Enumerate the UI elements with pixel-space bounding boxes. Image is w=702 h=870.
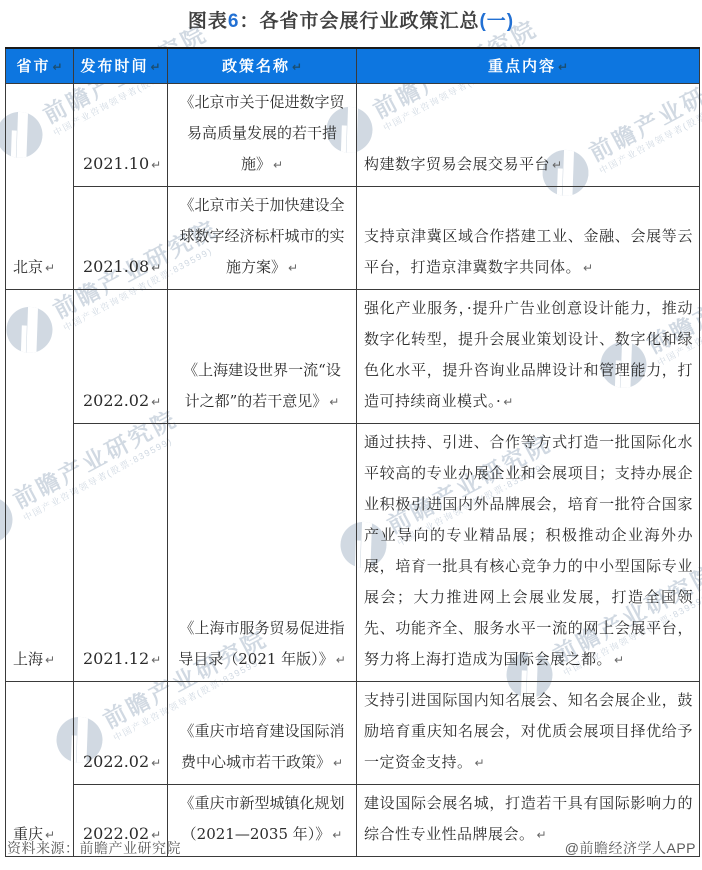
paragraph-mark: ↵ <box>151 653 161 667</box>
key-content-cell: 构建数字贸易会展交易平台↵ <box>357 83 700 186</box>
province-cell-shanghai: 上海↵ <box>6 289 74 681</box>
paragraph-mark: ↵ <box>475 756 485 770</box>
policy-name-cell: 《北京市关于加快建设全 球数字经济标杆城市的实 施方案》↵ <box>168 186 357 289</box>
paragraph-mark: ↵ <box>151 756 161 770</box>
title-colon: ： <box>239 11 259 32</box>
source-note: 资料来源：前瞻产业研究院 <box>7 838 181 858</box>
date-cell: 2021.10↵ <box>74 83 168 186</box>
table-header-row: 省市↵ 发布时间↵ 政策名称↵ 重点内容↵ <box>6 48 700 83</box>
column-header-date: 发布时间↵ <box>74 48 168 83</box>
table-row: 上海↵ 2022.02↵ 《上海建设世界一流“设 计之都”的若干意见》↵ 强化产… <box>6 289 700 423</box>
table-row: 重庆↵ 2022.02↵ 《重庆市培育建设国际消 费中心城市若干政策》↵ 支持引… <box>6 681 700 784</box>
column-header-province: 省市↵ <box>6 48 74 83</box>
paragraph-mark: ↵ <box>45 261 55 275</box>
policy-name-cell: 《上海市服务贸易促进指 导目录（2021 年版）》↵ <box>168 423 357 681</box>
date-cell: 2021.08↵ <box>74 186 168 289</box>
policy-name-cell: 《北京市关于促进数字贸 易高质量发展的若干措 施》↵ <box>168 83 357 186</box>
table-row: 北京↵ 2021.10↵ 《北京市关于促进数字贸 易高质量发展的若干措 施》↵ … <box>6 83 700 186</box>
column-header-content: 重点内容↵ <box>357 48 700 83</box>
credit-note: @前瞻经济学人APP <box>565 838 696 858</box>
key-content-cell: 强化产业服务，·提升广告业创意设计能力，推动数字化转型，提升会展业策划设计、数字… <box>357 289 700 423</box>
paragraph-mark: ↵ <box>151 261 161 275</box>
paragraph-mark: ↵ <box>273 158 283 172</box>
province-cell-beijing: 北京↵ <box>6 83 74 289</box>
paragraph-mark: ↵ <box>614 653 624 667</box>
date-cell: 2022.02↵ <box>74 289 168 423</box>
paragraph-mark: ↵ <box>583 261 593 275</box>
paragraph-mark: ↵ <box>52 60 62 74</box>
paragraph-mark: ↵ <box>150 60 160 74</box>
key-content-cell: 支持引进国际国内知名展会、知名会展企业，鼓励培育重庆知名展会，对优质会展项目择优… <box>357 681 700 784</box>
paragraph-mark: ↵ <box>329 395 339 409</box>
policy-name-cell: 《上海建设世界一流“设 计之都”的若干意见》↵ <box>168 289 357 423</box>
date-cell: 2022.02↵ <box>74 681 168 784</box>
key-content-cell: 通过扶持、引进、合作等方式打造一批国际化水平较高的专业办展企业和会展项目；支持办… <box>357 423 700 681</box>
paragraph-mark: ↵ <box>292 60 302 74</box>
page-title: 图表6：各省市会展行业政策汇总(一) <box>0 6 702 33</box>
paragraph-mark: ↵ <box>45 653 55 667</box>
paragraph-mark: ↵ <box>151 158 161 172</box>
table-row: 2021.12↵ 《上海市服务贸易促进指 导目录（2021 年版）》↵ 通过扶持… <box>6 423 700 681</box>
report-page: 前瞻产业研究院 中国产业咨询领导者(股票:839599) 前瞻产业研究院 中国产… <box>0 0 702 870</box>
paragraph-mark: ↵ <box>558 60 568 74</box>
title-suffix: (一) <box>479 11 514 32</box>
paragraph-mark: ↵ <box>552 158 562 172</box>
paragraph-mark: ↵ <box>288 261 298 275</box>
paragraph-mark: ↵ <box>336 653 346 667</box>
paragraph-mark: ↵ <box>333 756 343 770</box>
table-row: 2021.08↵ 《北京市关于加快建设全 球数字经济标杆城市的实 施方案》↵ 支… <box>6 186 700 289</box>
policy-name-cell: 《重庆市培育建设国际消 费中心城市若干政策》↵ <box>168 681 357 784</box>
title-text: 各省市会展行业政策汇总 <box>259 11 479 32</box>
date-cell: 2021.12↵ <box>74 423 168 681</box>
province-cell-chongqing: 重庆↵ <box>6 681 74 856</box>
key-content-cell: 支持京津冀区域合作搭建工业、金融、会展等云平台，打造京津冀数字共同体。↵ <box>357 186 700 289</box>
paragraph-mark: ↵ <box>503 395 513 409</box>
column-header-policy: 政策名称↵ <box>168 48 357 83</box>
paragraph-mark: ↵ <box>151 395 161 409</box>
policy-table: 省市↵ 发布时间↵ 政策名称↵ 重点内容↵ 北京↵ 2021.10↵ 《北京市关… <box>5 47 700 857</box>
title-number: 6 <box>228 11 240 32</box>
title-prefix: 图表 <box>188 11 228 32</box>
footer: 资料来源：前瞻产业研究院 @前瞻经济学人APP <box>0 838 702 858</box>
